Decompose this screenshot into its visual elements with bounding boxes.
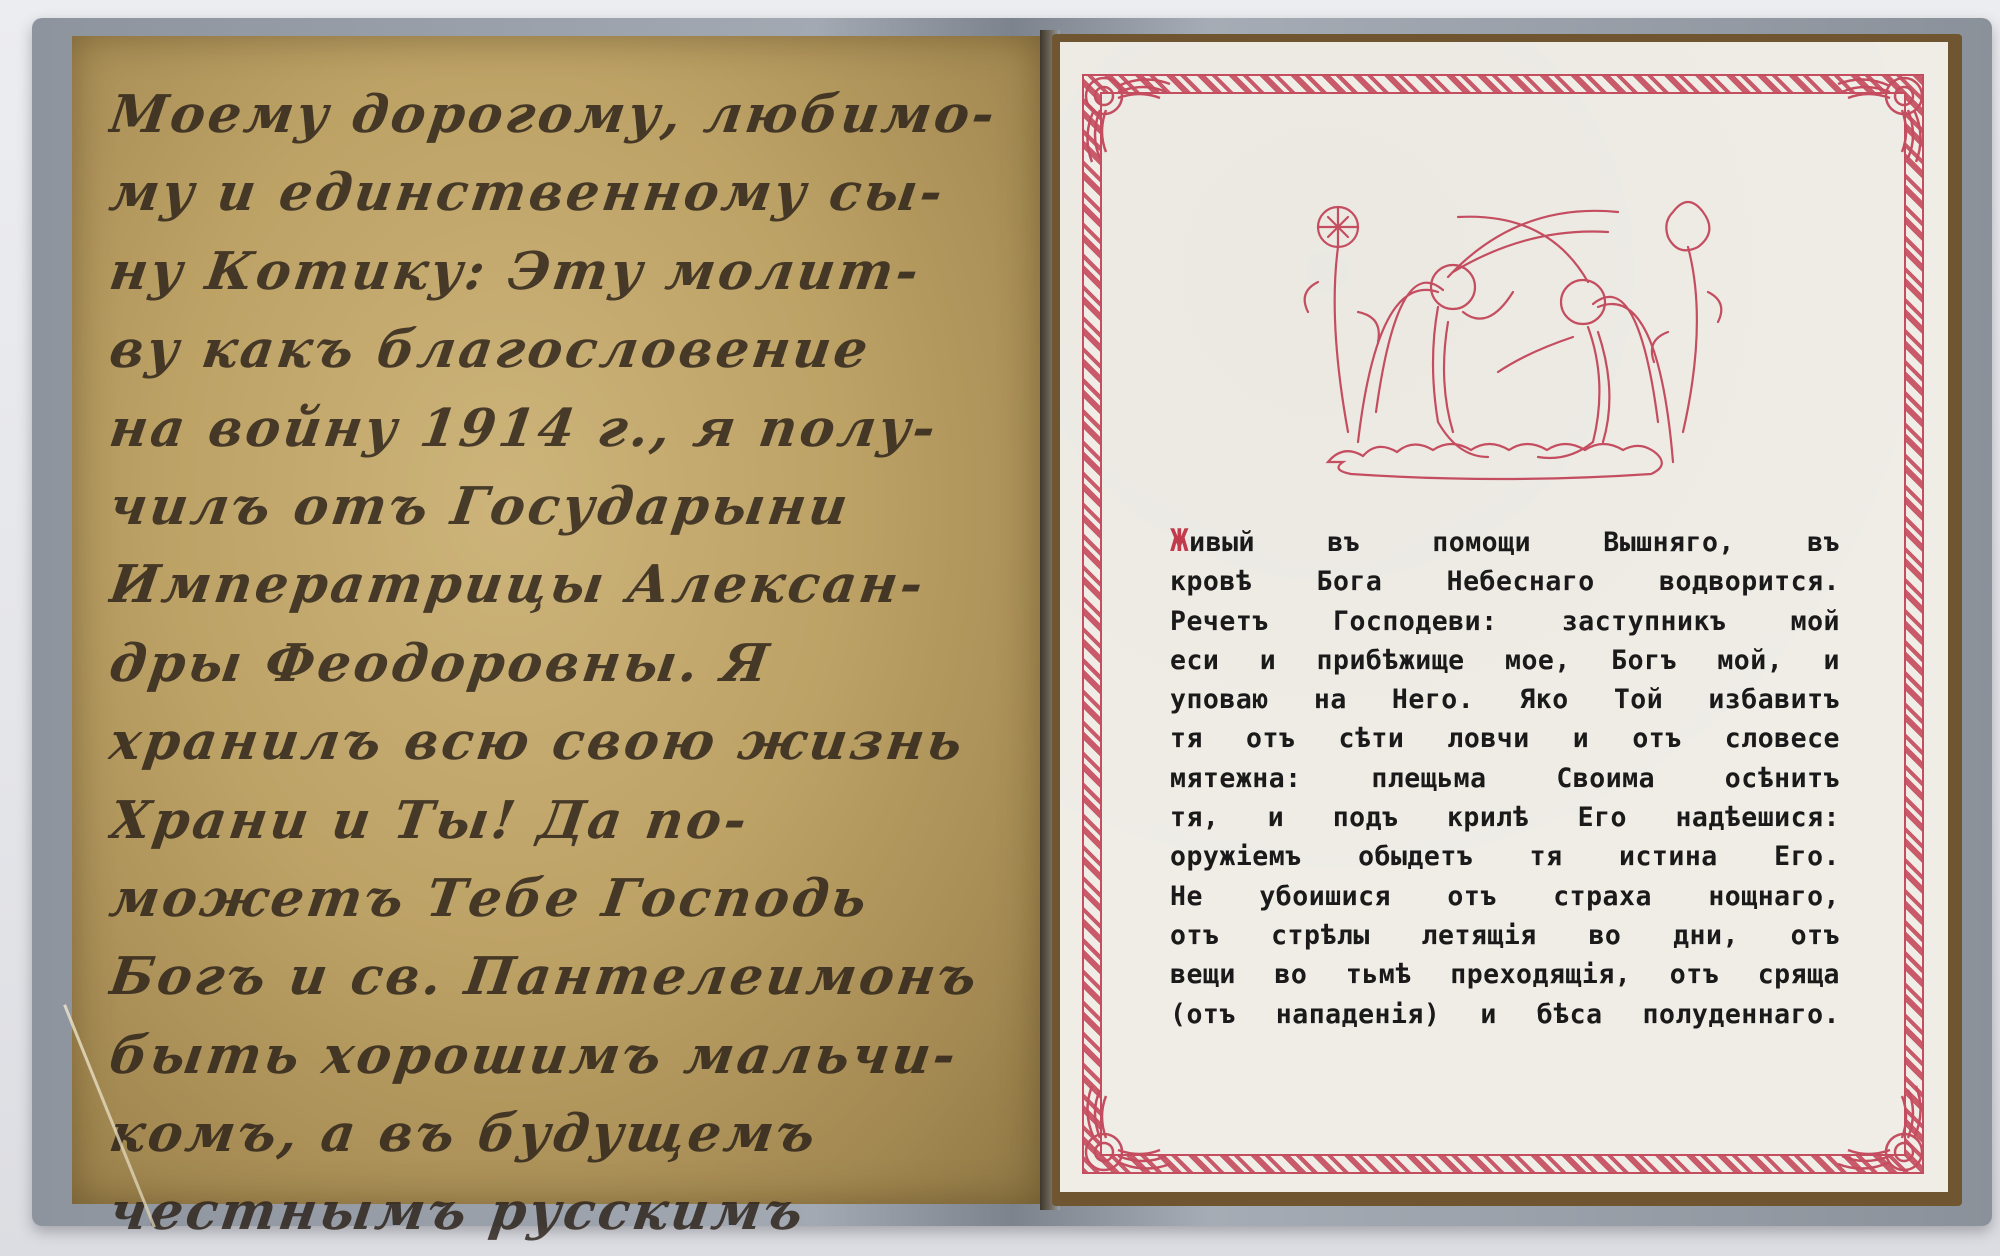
prayer-line-text: ивый въ помощи Вышняго, въ (1189, 527, 1840, 558)
prayer-line: мятежна: плещьма Своима осѣнитъ (1170, 759, 1840, 798)
handwritten-line: дры Феодоровны. Я (104, 625, 1025, 703)
angel-corner-ornament-icon (1824, 1072, 1934, 1182)
handwritten-line: быть хорошимъ мальчи- (104, 1017, 1025, 1095)
prayer-line: оружiемъ обыдетъ тя истина Его. (1170, 837, 1840, 876)
handwritten-line: Моему дорогому, любимо- (104, 76, 1025, 154)
handwritten-line: честнымъ русскимъ (104, 1173, 1025, 1251)
prayer-line: (отъ нападенiя) и бѣса полуденнаго. (1170, 995, 1840, 1034)
handwritten-line: Храни и Ты! Да по- (104, 782, 1025, 860)
psalm-90-text: Живый въ помощи Вышняго, въ кровѣ Бога Н… (1170, 522, 1840, 1034)
handwritten-line: ву какъ благословение (104, 311, 1025, 389)
prayer-line: Живый въ помощи Вышняго, въ (1170, 522, 1840, 562)
angel-corner-ornament-icon (1074, 66, 1184, 176)
prayer-line: тя, и подъ крилѣ Его надѣешися: (1170, 798, 1840, 837)
prayer-line: Не убоишися отъ страха нощнаго, (1170, 877, 1840, 916)
printed-page-paper: Живый въ помощи Вышняго, въ кровѣ Бога Н… (1060, 42, 1948, 1192)
handwritten-line: му и единственному сы- (104, 154, 1025, 232)
handwritten-line: хранилъ всю свою жизнь (104, 703, 1025, 781)
handwritten-dedication: Моему дорогому, любимо- му и единственно… (110, 76, 1020, 1252)
prayer-line: тя отъ сѣти ловчи и отъ словесе (1170, 719, 1840, 758)
kneeling-angels-illustration-icon (1288, 172, 1738, 492)
handwritten-line: Богъ и св. Пантелеимонъ (104, 938, 1025, 1016)
prayer-line: Речетъ Господеви: заступникъ мой (1170, 602, 1840, 641)
prayer-line: уповаю на Него. Яко Той избавитъ (1170, 680, 1840, 719)
prayer-line: кровѣ Бога Небеснаго водворится. (1170, 562, 1840, 601)
handwritten-line: на войну 1914 г., я полу- (104, 390, 1025, 468)
printed-page: Живый въ помощи Вышняго, въ кровѣ Бога Н… (1052, 34, 1962, 1206)
red-initial-letter: Ж (1170, 523, 1189, 559)
handwritten-page: Моему дорогому, любимо- му и единственно… (72, 36, 1046, 1204)
prayer-line: вещи во тьмѣ преходящiя, отъ сряща (1170, 955, 1840, 994)
prayer-line: отъ стрѣлы летящiя во дни, отъ (1170, 916, 1840, 955)
angel-corner-ornament-icon (1074, 1072, 1184, 1182)
handwritten-line: можетъ Тебе Господь (104, 860, 1025, 938)
handwritten-line: чилъ отъ Государыни (104, 468, 1025, 546)
handwritten-line: Императрицы Алексан- (104, 546, 1025, 624)
handwritten-line: ну Котику: Эту молит- (104, 233, 1025, 311)
handwritten-line: комъ, а въ будущемъ (104, 1095, 1025, 1173)
angel-corner-ornament-icon (1824, 66, 1934, 176)
prayer-line: еси и прибѣжище мое, Богъ мой, и (1170, 641, 1840, 680)
